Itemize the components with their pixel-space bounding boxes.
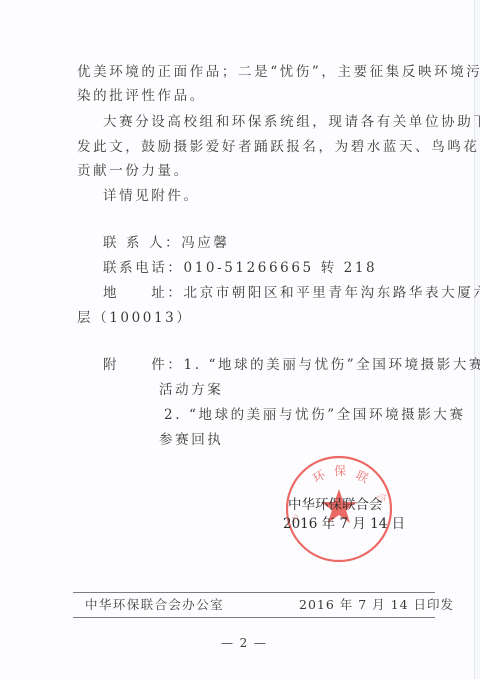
- paragraph-1-line-1: 优美环境的正面作品；二是“忧伤”，主要征集反映环境污: [77, 63, 480, 81]
- paragraph-2-line-3: 贡献一份力量。: [77, 162, 190, 180]
- footer-top-rule: [73, 592, 435, 593]
- paragraph-1-line-2: 染的批评性作品。: [77, 87, 206, 105]
- contact-phone-value: 010-51266665 转 218: [184, 260, 378, 276]
- document-page: 优美环境的正面作品；二是“忧伤”，主要征集反映环境污 染的批评性作品。 大赛分设…: [0, 0, 475, 679]
- paragraph-2-line-2: 发此文，鼓励摄影爱好者踊跃报名，为碧水蓝天、鸟鸣花香: [77, 138, 480, 156]
- contact-person-label: 联 系 人：: [103, 235, 181, 251]
- svg-text:保: 保: [334, 464, 346, 478]
- footer-issuer: 中华环保联合会办公室: [85, 597, 224, 613]
- svg-text:环: 环: [311, 467, 329, 486]
- page-number: — 2 —: [221, 635, 267, 651]
- contact-address-value: 北京市朝阳区和平里青年沟东路华表大厦六: [184, 285, 480, 301]
- signature-organization: 中华环保联合会: [288, 497, 383, 514]
- contact-phone: 联系电话：010-51266665 转 218: [103, 259, 377, 277]
- svg-text:联: 联: [354, 468, 371, 486]
- contact-address-line-2: 层（100013）: [77, 309, 192, 327]
- signature-date: 2016 年 7 月 14 日: [283, 516, 405, 533]
- paragraph-2-line-1: 大赛分设高校组和环保系统组，现请各有关单位协助下: [103, 113, 480, 131]
- footer-issue-date: 2016 年 7 月 14 日印发: [299, 597, 454, 613]
- contact-person-value: 冯应馨: [181, 235, 229, 251]
- contact-address-label: 地 址：: [103, 285, 184, 301]
- attachment-2: 2. “地球的美丽与忧伤”全国环境摄影大赛: [164, 406, 466, 424]
- attachment-1-title: 1. “地球的美丽与忧伤”全国环境摄影大赛: [184, 357, 480, 373]
- attachment-1-line-2: 活动方案: [159, 381, 223, 399]
- attachment-2-line-2: 参赛回执: [159, 431, 223, 449]
- contact-person: 联 系 人：冯应馨: [103, 234, 230, 252]
- attachments-label: 附 件：: [103, 357, 184, 373]
- paragraph-3: 详情见附件。: [103, 187, 200, 205]
- contact-address: 地 址：北京市朝阳区和平里青年沟东路华表大厦六: [103, 284, 480, 302]
- contact-phone-label: 联系电话：: [103, 260, 184, 276]
- attachment-1: 附 件：1. “地球的美丽与忧伤”全国环境摄影大赛: [103, 356, 480, 374]
- footer-bottom-rule: [73, 617, 435, 618]
